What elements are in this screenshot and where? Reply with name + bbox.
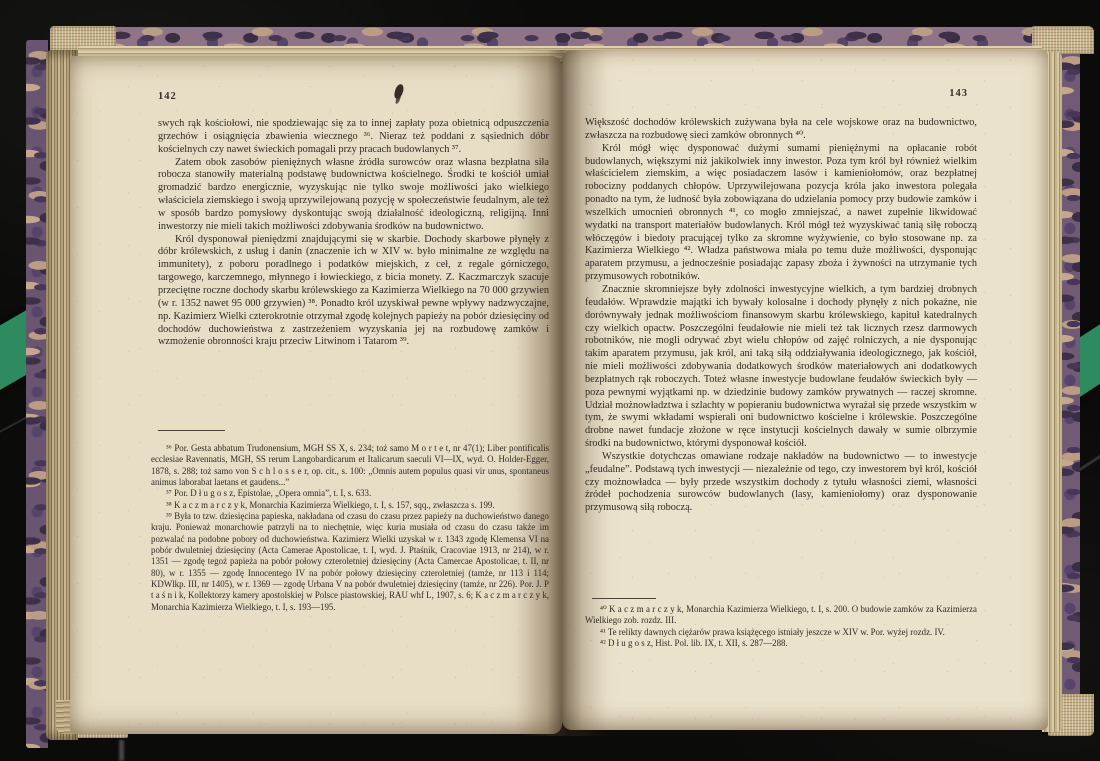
body-paragraph: Król dysponował pieniędzmi znajdującymi … bbox=[158, 234, 549, 350]
left-page-text-column: swych rąk kościołowi, nie spodziewając s… bbox=[158, 118, 549, 349]
footnote-42: ⁴² D ł u g o s z, Hist. Pol. lib. IX, t.… bbox=[585, 638, 977, 649]
footnote-37: ³⁷ Por. D ł u g o s z, Epistolae, „Opera… bbox=[151, 488, 549, 499]
body-paragraph: swych rąk kościołowi, nie spodziewając s… bbox=[158, 118, 549, 157]
body-paragraph: Znacznie skromniejsze były zdolności inw… bbox=[585, 284, 977, 451]
body-paragraph: Zatem obok zasobów pieniężnych własne źr… bbox=[158, 157, 549, 234]
floor-reflection-streak bbox=[119, 740, 124, 761]
right-page-text-column: Większość dochodów królewskich zużywana … bbox=[585, 117, 977, 515]
body-paragraph: Większość dochodów królewskich zużywana … bbox=[585, 117, 977, 143]
marbled-cover-right-edge bbox=[1060, 46, 1080, 736]
footnote-separator-right bbox=[592, 598, 656, 599]
body-paragraph: Król mógł więc dysponować dużymi sumami … bbox=[585, 143, 977, 284]
body-paragraph: Wszystkie dotychczas omawiane rodzaje na… bbox=[585, 451, 977, 515]
book-photo-scene: 142 143 swych rąk kościołowi, nie spodzi… bbox=[0, 0, 1100, 761]
footnote-41: ⁴¹ Te relikty dawnych ciężarów prawa ksi… bbox=[585, 627, 977, 638]
marbled-cover-top-edge bbox=[104, 27, 1046, 48]
marbled-cover-left-edge bbox=[26, 40, 48, 748]
footnote-38: ³⁸ K a c z m a r c z y k, Monarchia Kazi… bbox=[151, 500, 549, 511]
footnote-39: ³⁹ Była to tzw. dziesięcina papieska, na… bbox=[151, 511, 549, 613]
left-page-footnotes: ³⁶ Por. Gesta abbatum Trudonensium, MGH … bbox=[151, 443, 549, 613]
right-page-footnotes: ⁴⁰ K a c z m a r c z y k, Monarchia Kazi… bbox=[585, 604, 977, 649]
page-number-right: 143 bbox=[578, 88, 968, 99]
footnote-separator-left bbox=[158, 430, 225, 431]
footnote-36: ³⁶ Por. Gesta abbatum Trudonensium, MGH … bbox=[151, 443, 549, 488]
footnote-40: ⁴⁰ K a c z m a r c z y k, Monarchia Kazi… bbox=[585, 604, 977, 627]
page-number-left: 142 bbox=[158, 91, 177, 102]
